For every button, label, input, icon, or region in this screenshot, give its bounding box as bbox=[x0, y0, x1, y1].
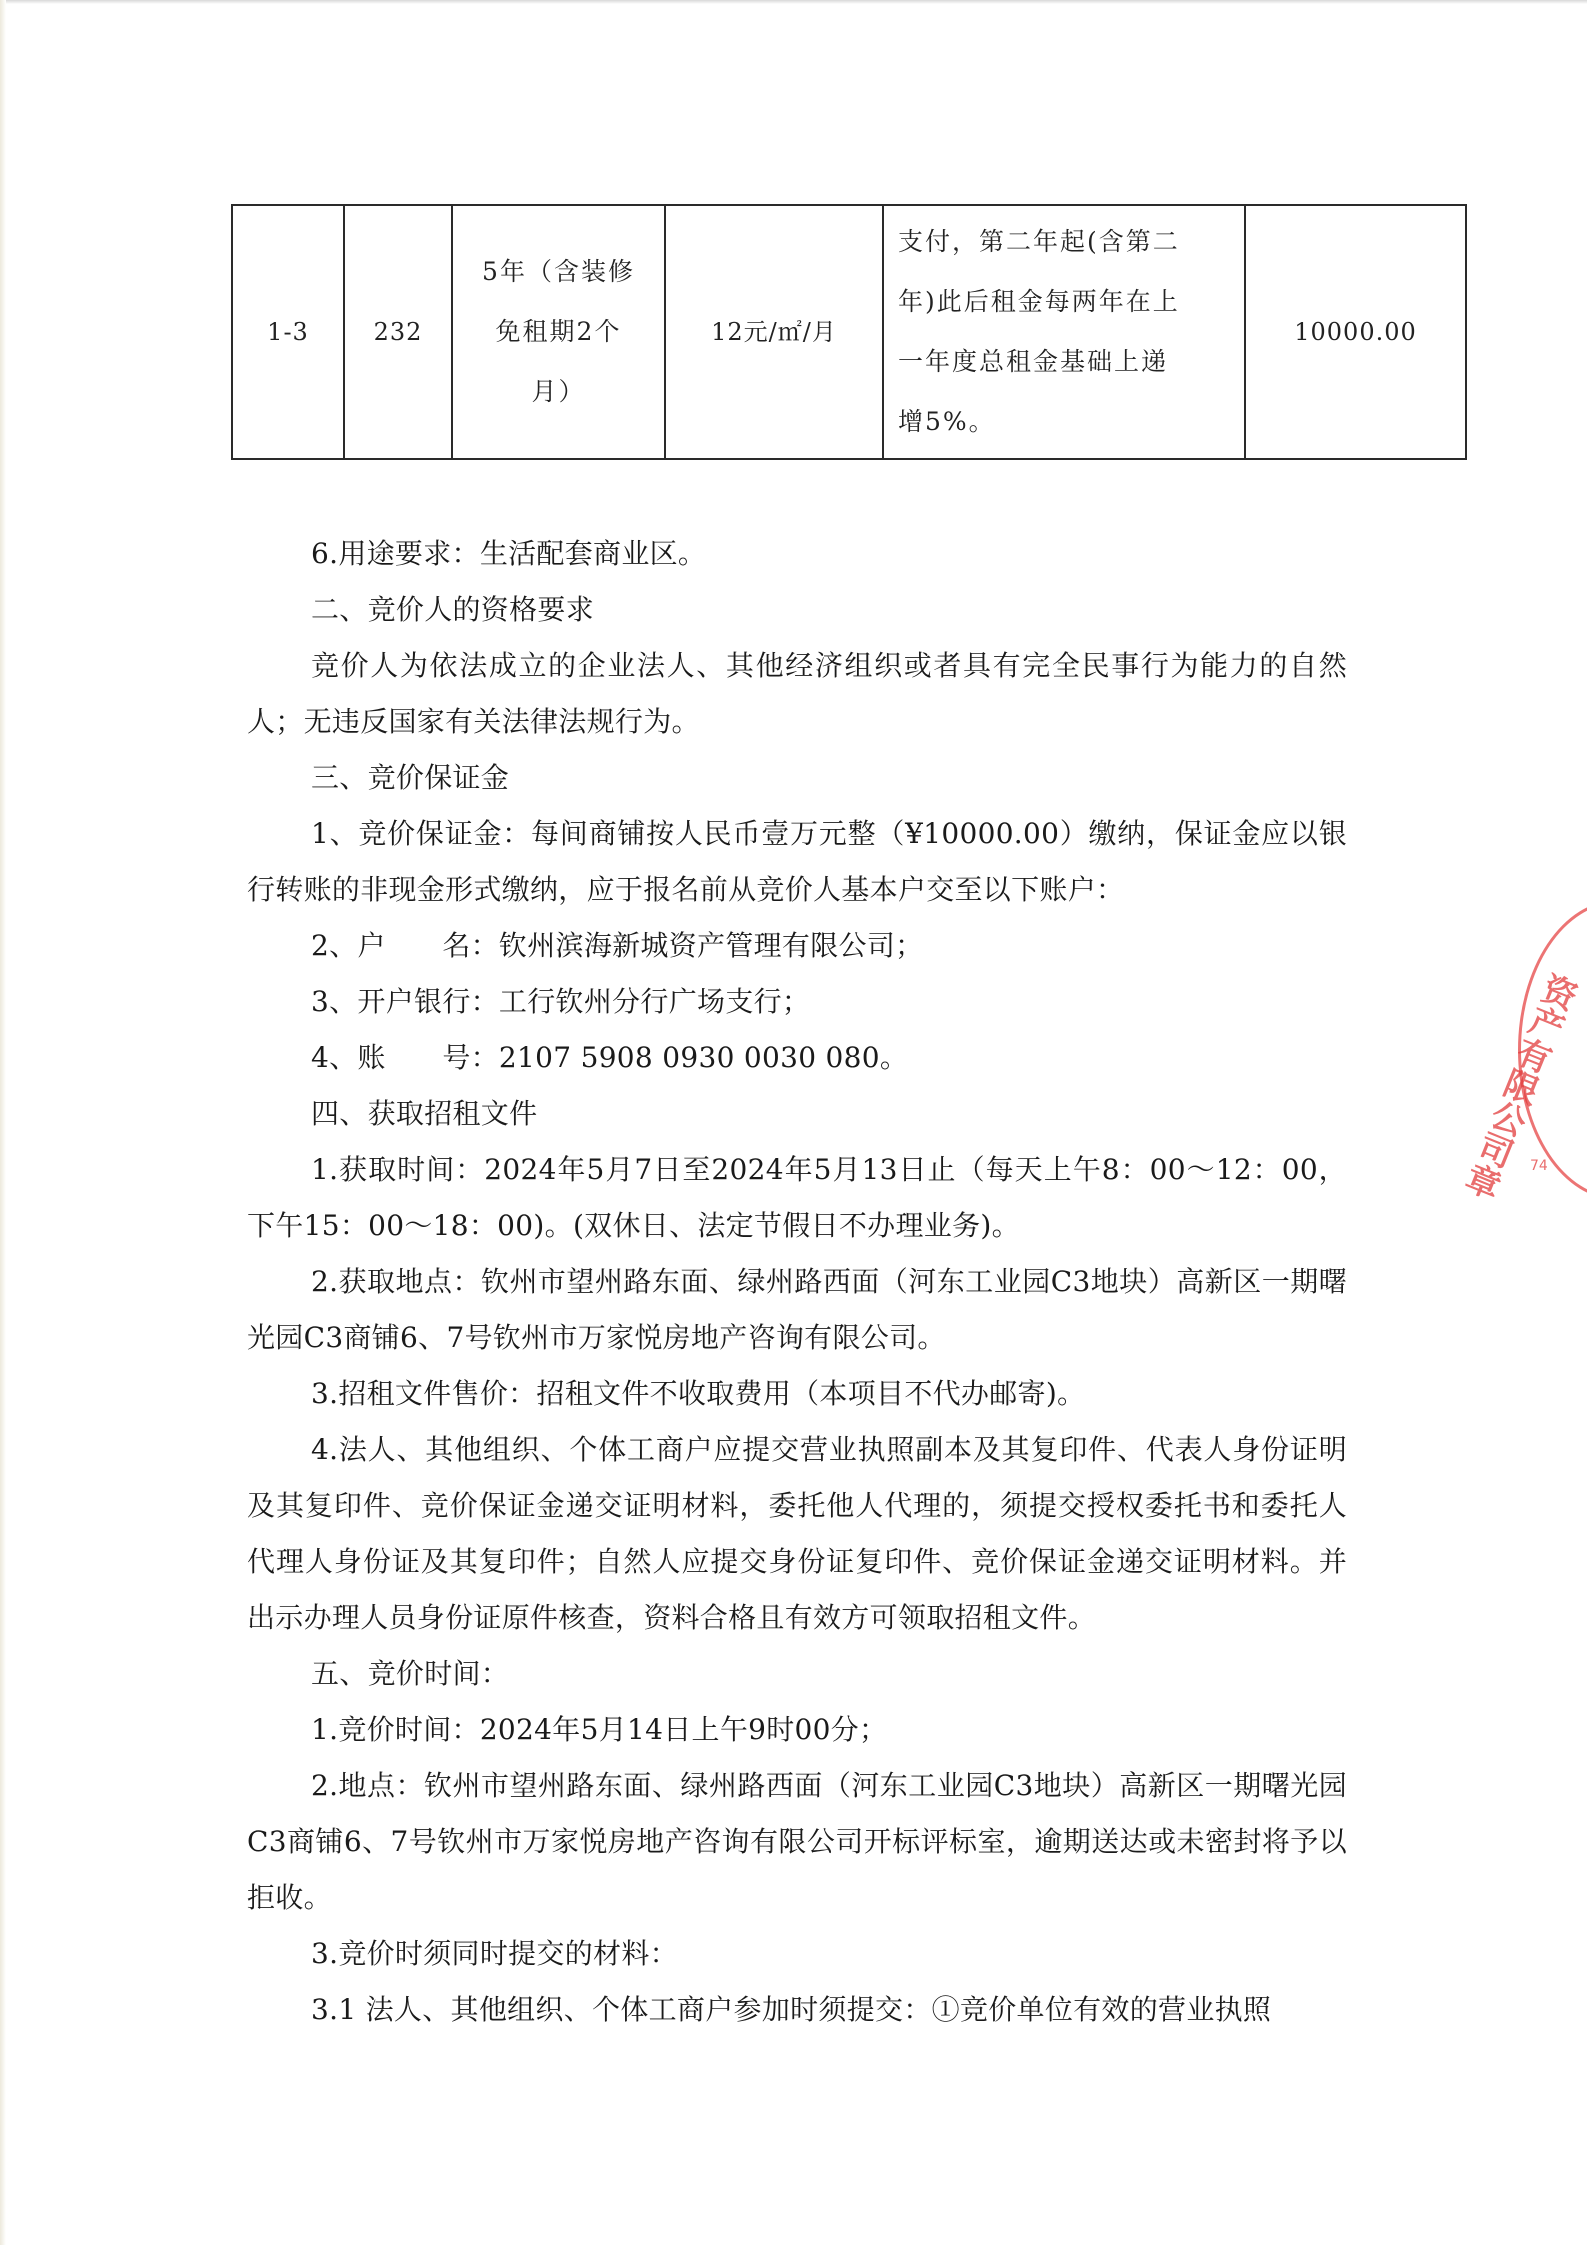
bidding-item-1: 1.竞价时间：2024年5月14日上午9时00分； bbox=[247, 1702, 1347, 1758]
scan-edge-left bbox=[0, 0, 6, 2245]
company-seal-number: 74 bbox=[1530, 1158, 1548, 1174]
account-number-value: 2107 5908 0930 0030 080。 bbox=[499, 1041, 908, 1074]
account-number-label: 4、账 号： bbox=[311, 1041, 499, 1074]
deposit-item-account-number: 4、账 号：2107 5908 0930 0030 080。 bbox=[247, 1030, 1347, 1086]
section-heading-deposit: 三、竞价保证金 bbox=[247, 750, 1347, 806]
cell-deposit: 10000.00 bbox=[1245, 205, 1466, 459]
section-heading-qualification: 二、竞价人的资格要求 bbox=[247, 582, 1347, 638]
cell-lease-term: 5年（含装修 免租期2个 月） bbox=[452, 205, 665, 459]
account-name-value: 钦州滨海新城资产管理有限公司； bbox=[499, 929, 924, 962]
deposit-item-1: 1、竞价保证金：每间商铺按人民币壹万元整（¥10000.00）缴纳，保证金应以银… bbox=[247, 806, 1347, 918]
payment-line: 一年度总租金基础上递 bbox=[898, 332, 1244, 392]
lease-term-line: 月） bbox=[463, 362, 654, 422]
lease-term-line: 5年（含装修 bbox=[463, 242, 654, 302]
table-row: 1-3 232 5年（含装修 免租期2个 月） 12元/㎡/月 支付，第二年起(… bbox=[232, 205, 1466, 459]
document-body: 6.用途要求：生活配套商业区。 二、竞价人的资格要求 竞价人为依法成立的企业法人… bbox=[247, 526, 1347, 2038]
lease-term-line: 免租期2个 bbox=[463, 302, 654, 362]
deposit-item-bank: 3、开户银行：工行钦州分行广场支行； bbox=[247, 974, 1347, 1030]
documents-item-2: 2.获取地点：钦州市望州路东面、绿州路西面（河东工业园C3地块）高新区一期曙光园… bbox=[247, 1254, 1347, 1366]
cell-payment-terms: 支付，第二年起(含第二 年)此后租金每两年在上 一年度总租金基础上递 增5%。 bbox=[883, 205, 1245, 459]
bidding-item-3: 3.竞价时须同时提交的材料： bbox=[247, 1926, 1347, 1982]
qualification-text: 竞价人为依法成立的企业法人、其他经济组织或者具有完全民事行为能力的自然人；无违反… bbox=[247, 638, 1347, 750]
payment-line: 支付，第二年起(含第二 bbox=[898, 212, 1244, 272]
bank-label: 3、开户银行： bbox=[311, 985, 499, 1018]
documents-item-4: 4.法人、其他组织、个体工商户应提交营业执照副本及其复印件、代表人身份证明及其复… bbox=[247, 1422, 1347, 1646]
scan-edge-top bbox=[0, 0, 1587, 4]
payment-line: 年)此后租金每两年在上 bbox=[898, 272, 1244, 332]
rent-table: 1-3 232 5年（含装修 免租期2个 月） 12元/㎡/月 支付，第二年起(… bbox=[231, 204, 1467, 460]
section-heading-bidding: 五、竞价时间： bbox=[247, 1646, 1347, 1702]
cell-shop-number: 1-3 bbox=[232, 205, 344, 459]
bidding-item-3-1: 3.1 法人、其他组织、个体工商户参加时须提交：①竞价单位有效的营业执照 bbox=[247, 1982, 1347, 2038]
cell-area: 232 bbox=[344, 205, 452, 459]
deposit-item-account-name: 2、户 名：钦州滨海新城资产管理有限公司； bbox=[247, 918, 1347, 974]
bank-value: 工行钦州分行广场支行； bbox=[499, 985, 810, 1018]
documents-item-1: 1.获取时间：2024年5月7日至2024年5月13日止（每天上午8：00～12… bbox=[247, 1142, 1347, 1254]
section-heading-documents: 四、获取招租文件 bbox=[247, 1086, 1347, 1142]
documents-item-3: 3.招租文件售价：招租文件不收取费用（本项目不代办邮寄)。 bbox=[247, 1366, 1347, 1422]
bidding-item-2: 2.地点：钦州市望州路东面、绿州路西面（河东工业园C3地块）高新区一期曙光园C3… bbox=[247, 1758, 1347, 1926]
usage-requirement: 6.用途要求：生活配套商业区。 bbox=[247, 526, 1347, 582]
cell-unit-price: 12元/㎡/月 bbox=[665, 205, 883, 459]
payment-line: 增5%。 bbox=[898, 392, 1244, 452]
account-name-label: 2、户 名： bbox=[311, 929, 499, 962]
